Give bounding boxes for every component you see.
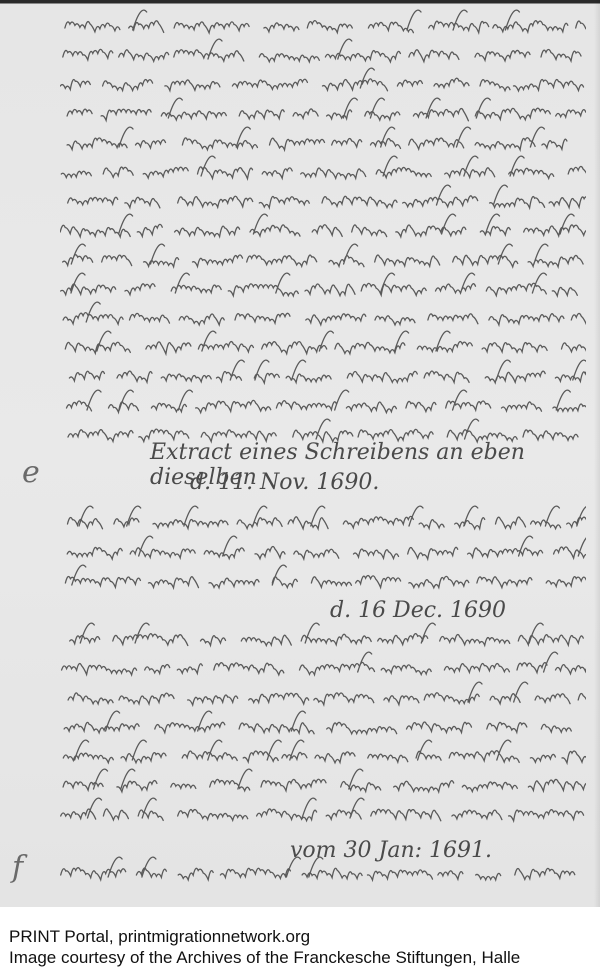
handwriting-line — [60, 796, 586, 830]
margin-mark-e: e — [22, 455, 40, 490]
handwriting-line — [60, 563, 586, 597]
margin-mark-f: f — [12, 850, 23, 885]
caption-courtesy: Image courtesy of the Archives of the Fr… — [9, 947, 520, 968]
image-caption: PRINT Portal, printmigrationnetwork.org … — [9, 926, 520, 968]
date-line-jan-1691: vom 30 Jan: 1691. — [290, 838, 492, 863]
manuscript-scan: Extract eines Schreibens an eben dieselb… — [0, 0, 600, 907]
date-line-dec-1690: d. 16 Dec. 1690 — [330, 598, 506, 623]
date-line-nov-1690: d. 11. Nov. 1690. — [190, 470, 379, 495]
caption-source: PRINT Portal, printmigrationnetwork.org — [9, 926, 520, 947]
